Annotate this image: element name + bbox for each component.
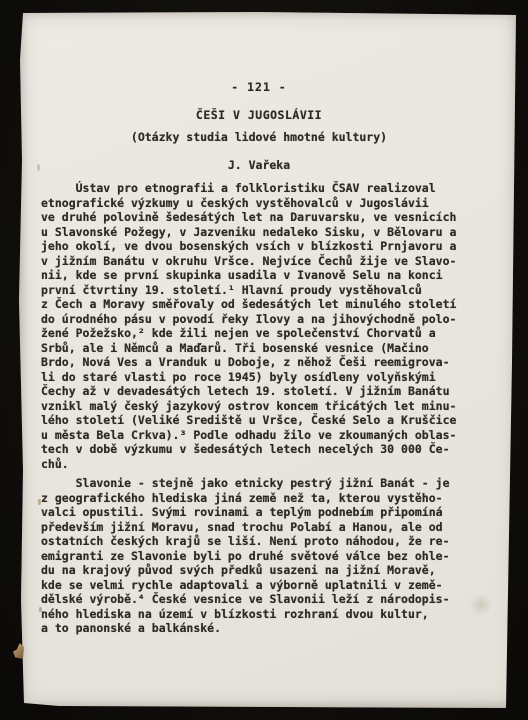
paragraph-2: Slavonie - stejně jako etnicky pestrý ji… — [41, 476, 477, 636]
text-line: li do staré vlasti po roce 1945) byly os… — [41, 370, 477, 385]
page-number: - 121 - — [41, 80, 477, 95]
document-page: - 121 - ČEŠI V JUGOSLÁVII (Otázky studia… — [19, 12, 517, 708]
text-line: kde se velmi rychle adaptovali a výborně… — [41, 578, 477, 593]
text-line: etnografické výzkumy u českých vystěhova… — [41, 196, 477, 211]
text-line: a to panonské a balkánské. — [41, 621, 477, 636]
text-line: ného hlediska na území v blízkosti rozhr… — [41, 607, 477, 622]
text-line: ostatních českých krajů se liší. Není pr… — [41, 534, 477, 549]
text-line: u města Bela Crkva).³ Podle odhadu žilo … — [41, 428, 477, 443]
text-line: Slavonie - stejně jako etnicky pestrý ji… — [41, 476, 477, 491]
text-line: především jižní Moravu, snad trochu Pola… — [41, 520, 477, 535]
text-line: lého století (Veliké Srediště u Vršce, Č… — [41, 413, 477, 428]
scan-background: - 121 - ČEŠI V JUGOSLÁVII (Otázky studia… — [0, 0, 528, 720]
text-line: Brdo, Nová Ves a Vranduk u Doboje, z něh… — [41, 355, 477, 370]
page-subtitle: (Otázky studia lidové hmotné kultury) — [41, 130, 477, 145]
text-line: jeho okolí, ve dvou bosenských vsích v b… — [41, 239, 477, 254]
page-title: ČEŠI V JUGOSLÁVII — [41, 108, 477, 123]
text-line: vznikl malý český jazykový ostrov koncem… — [41, 399, 477, 414]
text-line: u Slavonské Požegy, v Jazveniku nedaleko… — [41, 225, 477, 240]
text-line: ve druhé polovině šedesátých let na Daru… — [41, 210, 477, 225]
text-line: v jižním Banátu v okruhu Vršce. Nejvíce … — [41, 254, 477, 269]
paragraph-1: Ústav pro etnografii a folkloristiku ČSA… — [41, 181, 477, 471]
text-line: z Čech a Moravy směřovaly od šedesátých … — [41, 297, 477, 312]
text-line: první čtvrtiny 19. století.¹ Hlavní prou… — [41, 283, 477, 298]
text-line: nii, kde se první skupinka usadila v Iva… — [41, 268, 477, 283]
text-line: du na krajový původ svých předků usazeni… — [41, 563, 477, 578]
paper-edge-speck — [37, 164, 40, 171]
text-line: emigranti ze Slavonie byli po druhé svět… — [41, 549, 477, 564]
author-name: J. Vařeka — [41, 158, 477, 173]
text-line: tech v době výzkumu v šedesátých letech … — [41, 442, 477, 457]
paper-edge-speck — [38, 499, 41, 505]
text-line: dělské výrobě.⁴ České vesnice ve Slavoni… — [41, 592, 477, 607]
text-line: Ústav pro etnografii a folkloristiku ČSA… — [41, 181, 477, 196]
text-line: valci opustili. Svými rovinami a teplým … — [41, 505, 477, 520]
text-line: chů. — [41, 457, 477, 472]
text-line: žené Požežsko,² kde žili nejen ve společ… — [41, 326, 477, 341]
text-line: Čechy až v devadesátých letech 19. stole… — [41, 384, 477, 399]
text-line: do úrodného pásu v povodí řeky Ilovy a n… — [41, 312, 477, 327]
text-line: Srbů, ale i Němců a Maďarů. Tři bosenské… — [41, 341, 477, 356]
paper-edge-speck — [39, 607, 42, 612]
text-line: z geografického hlediska jiná země než t… — [41, 491, 477, 506]
